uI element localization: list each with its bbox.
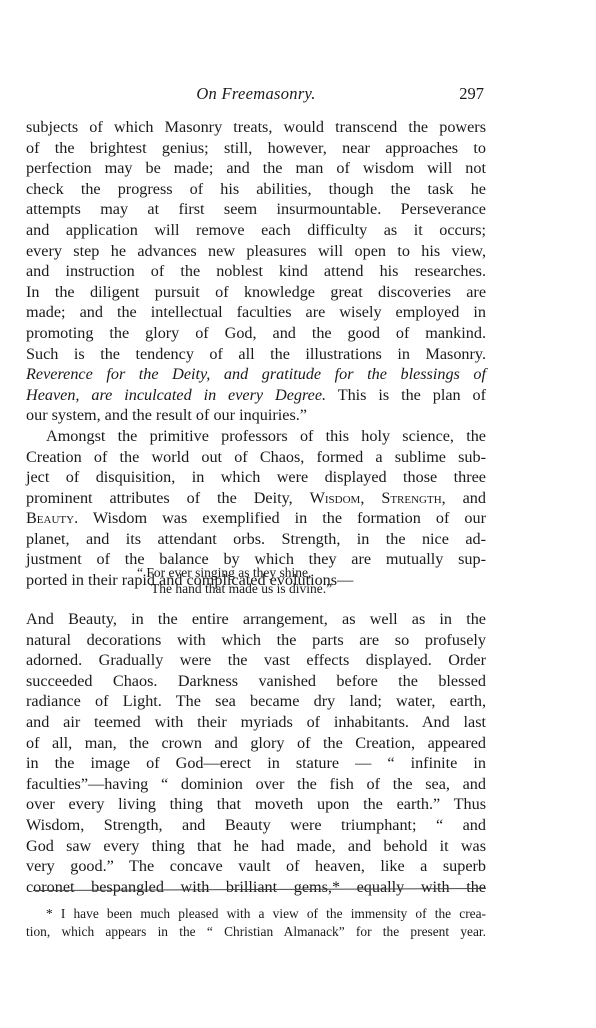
text-line: promoting the glory of God, and the good… bbox=[26, 323, 486, 344]
italic-text-line: Reverence for the Deity, and gratitude f… bbox=[26, 364, 486, 385]
text-line: check the progress of his abilities, tho… bbox=[26, 179, 486, 200]
text-line: made; and the intellectual faculties are… bbox=[26, 302, 486, 323]
text-line: planet, and its attendant orbs. Strength… bbox=[26, 529, 486, 550]
text-line: radiance of Light. The sea became dry la… bbox=[26, 691, 486, 712]
mixed-text-line: prominent attributes of the Deity, Wisdo… bbox=[26, 488, 486, 509]
text-line: Wisdom, Strength, and Beauty were triump… bbox=[26, 815, 486, 836]
paragraph-end-line: our system, and the result of our inquir… bbox=[26, 405, 486, 426]
text-line: succeeded Chaos. Darkness vanished befor… bbox=[26, 671, 486, 692]
text-span: prominent attributes of the Deity, bbox=[26, 489, 310, 507]
text-span: , bbox=[360, 489, 381, 507]
text-line: And Beauty, in the entire arrangement, a… bbox=[26, 609, 486, 630]
text-line: God saw every thing that he had made, an… bbox=[26, 836, 486, 857]
book-page: On Freemasonry. 297 subjects of which Ma… bbox=[0, 0, 596, 1028]
page-number: 297 bbox=[459, 84, 484, 104]
paragraph-start-line: Amongst the primitive professors of this… bbox=[26, 426, 486, 447]
text-line: attempts may at first seem insurmountabl… bbox=[26, 199, 486, 220]
text-line: In the diligent pursuit of knowledge gre… bbox=[26, 282, 486, 303]
smallcaps-beauty: Beauty. bbox=[26, 509, 78, 527]
text-span: , and bbox=[442, 489, 486, 507]
footnote-line: * I have been much pleased with a view o… bbox=[26, 905, 486, 923]
text-line: adorned. Gradually were the vast effects… bbox=[26, 650, 486, 671]
verse-line: “ For ever singing as they shine, bbox=[137, 565, 332, 581]
text-line: faculties”—having “ dominion over the fi… bbox=[26, 774, 486, 795]
text-span: Wisdom was exemplified in the formation … bbox=[78, 509, 486, 527]
verse-quotation: “ For ever singing as they shine, The ha… bbox=[137, 565, 332, 596]
text-line: and air teemed with their myriads of inh… bbox=[26, 712, 486, 733]
smallcaps-wisdom: Wisdom bbox=[310, 489, 361, 507]
text-line: very good.” The concave vault of heaven,… bbox=[26, 856, 486, 877]
italic-emphasis: Reverence for the Deity, and gratitude f… bbox=[26, 365, 486, 383]
running-title: On Freemasonry. bbox=[26, 84, 486, 104]
footnote-line: tion, which appears in the “ Christian A… bbox=[26, 923, 486, 941]
text-line: perfection may be made; and the man of w… bbox=[26, 158, 486, 179]
mixed-text-line: Beauty. Wisdom was exemplified in the fo… bbox=[26, 508, 486, 529]
verse-line: The hand that made us is divine.” bbox=[137, 581, 332, 597]
text-line: in the image of God—erect in stature — “… bbox=[26, 753, 486, 774]
text-line: Creation of the world out of Chaos, form… bbox=[26, 447, 486, 468]
text-line: and instruction of the noblest kind atte… bbox=[26, 261, 486, 282]
text-line: over every living thing that moveth upon… bbox=[26, 794, 486, 815]
italic-emphasis: Heaven, are inculcated in every Degree. bbox=[26, 386, 326, 404]
mixed-text-line: Heaven, are inculcated in every Degree. … bbox=[26, 385, 486, 406]
text-line: subjects of which Masonry treats, would … bbox=[26, 117, 486, 138]
text-line: and application will remove each difficu… bbox=[26, 220, 486, 241]
text-line: of the brightest genius; still, however,… bbox=[26, 138, 486, 159]
text-line: coronet bespangled with brilliant gems,*… bbox=[26, 877, 486, 898]
text-line: natural decorations with which the parts… bbox=[26, 630, 486, 651]
text-span: This is the plan of bbox=[326, 386, 486, 404]
text-line: every step he advances new pleasures wil… bbox=[26, 241, 486, 262]
body-text-block-1: subjects of which Masonry treats, would … bbox=[26, 117, 486, 591]
smallcaps-strength: Strength bbox=[381, 489, 441, 507]
running-header: On Freemasonry. 297 bbox=[26, 84, 486, 106]
footnote: * I have been much pleased with a view o… bbox=[26, 905, 486, 941]
text-line: Such is the tendency of all the illustra… bbox=[26, 344, 486, 365]
body-text-block-2: And Beauty, in the entire arrangement, a… bbox=[26, 609, 486, 897]
text-line: ject of disquisition, in which were disp… bbox=[26, 467, 486, 488]
text-line: of all, man, the crown and glory of the … bbox=[26, 733, 486, 754]
